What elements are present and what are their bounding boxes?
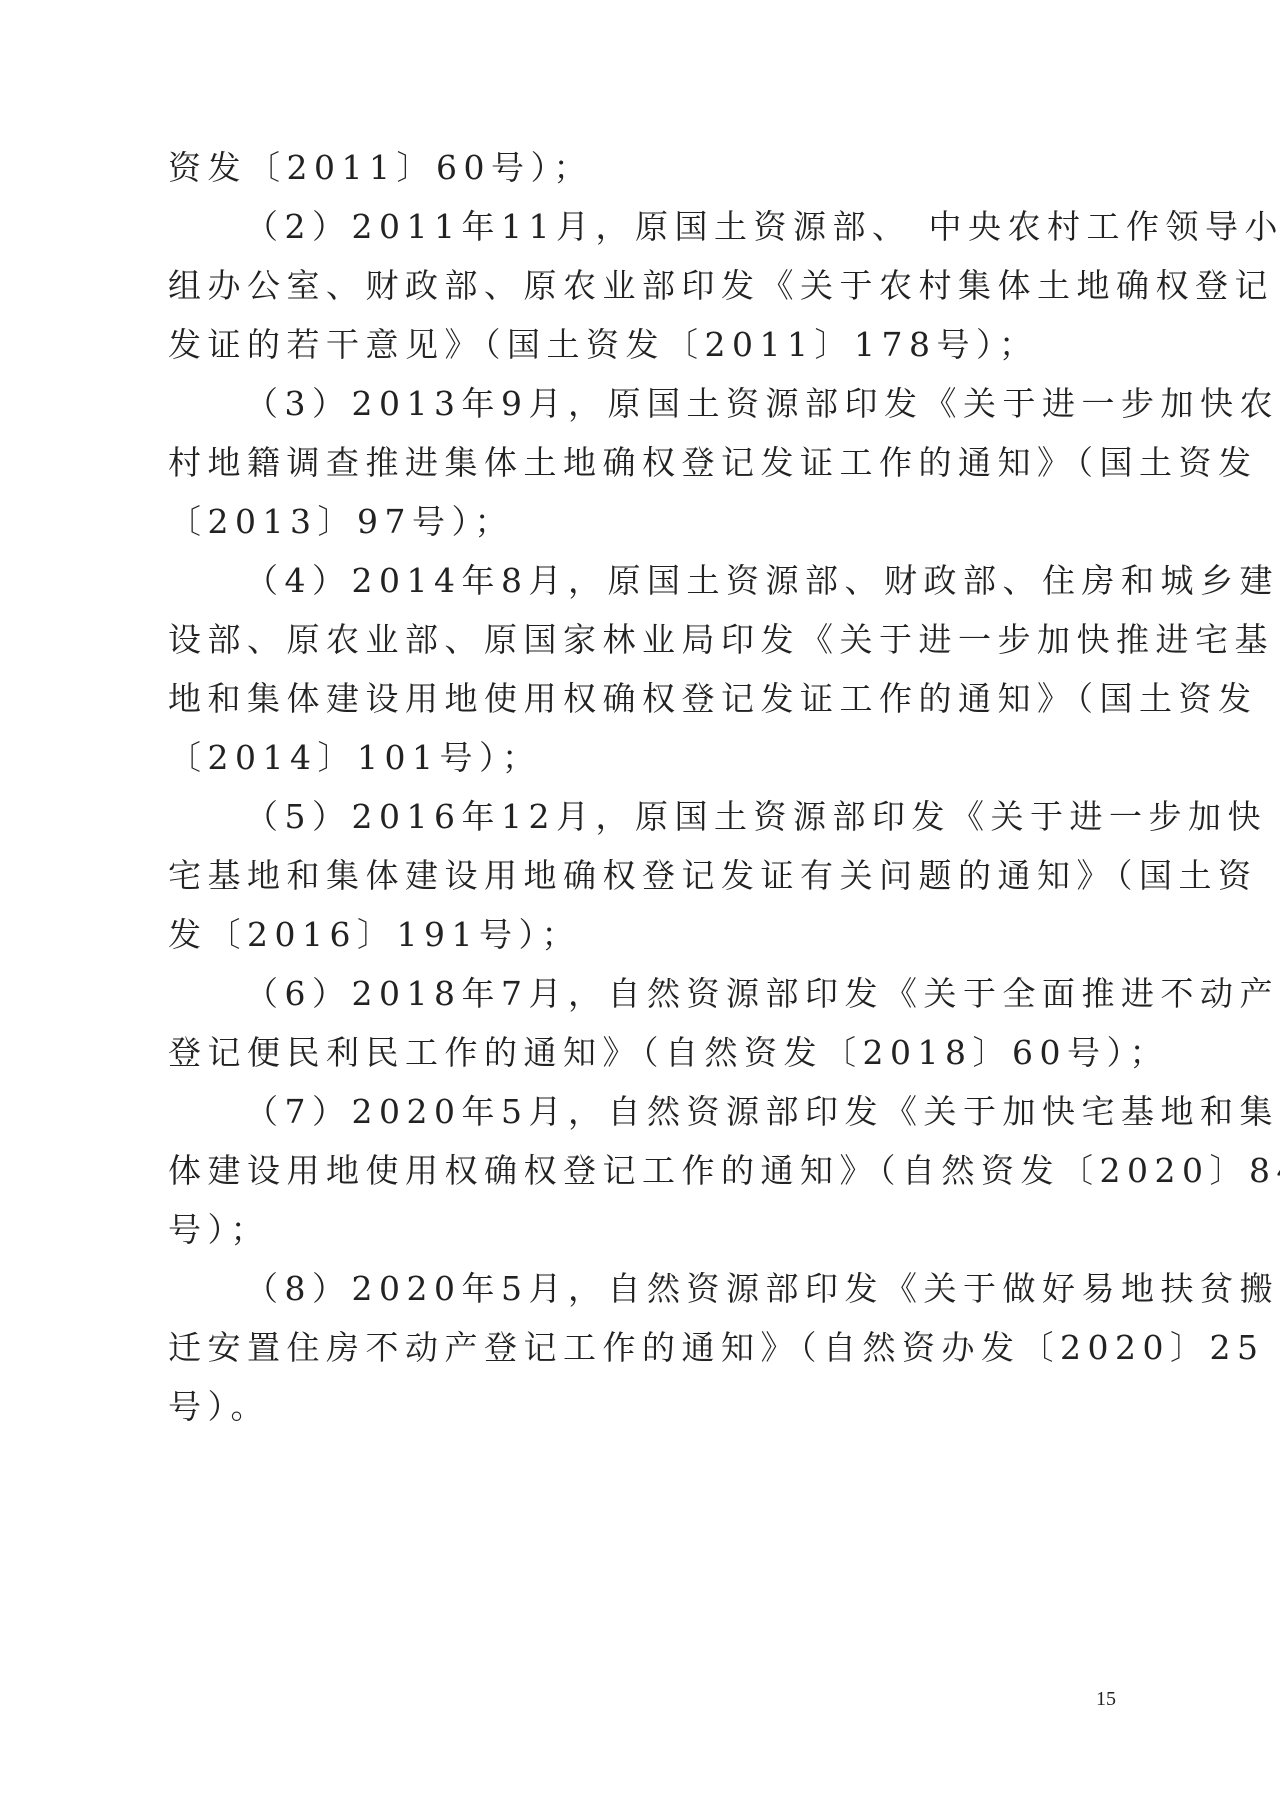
text-line: 宅基地和集体建设用地确权登记发证有关问题的通知》（国土资	[168, 856, 1258, 896]
text-line: 发证的若干意见》（国土资发〔2011〕178号）；	[168, 325, 1038, 365]
text-line: 〔2014〕101号）；	[168, 738, 541, 778]
text-line: 发〔2016〕191号）；	[168, 915, 581, 955]
list-item-3-line-1: （3）2013年9月，原国土资源部印发《关于进一步加快农	[245, 384, 1279, 424]
text-line: 设部、原农业部、原国家林业局印发《关于进一步加快推进宅基	[168, 620, 1274, 660]
text-line: 地和集体建设用地使用权确权登记发证工作的通知》（国土资发	[168, 679, 1258, 719]
text-line: 体建设用地使用权确权登记工作的通知》（自然资发〔2020〕84	[168, 1151, 1280, 1191]
text-line: 组办公室、财政部、原农业部印发《关于农村集体土地确权登记	[168, 266, 1274, 306]
text-line: 登记便民利民工作的通知》（自然资发〔2018〕60号）；	[168, 1033, 1169, 1073]
document-page: 资发〔2011〕60号）； （2）2011年11月，原国土资源部、 中央农村工作…	[0, 0, 1280, 1810]
list-item-6-line-1: （6）2018年7月，自然资源部印发《关于全面推进不动产	[245, 974, 1279, 1014]
list-item-7-line-1: （7）2020年5月，自然资源部印发《关于加快宅基地和集	[245, 1092, 1279, 1132]
text-line: 号）；	[168, 1210, 270, 1250]
list-item-8-line-1: （8）2020年5月，自然资源部印发《关于做好易地扶贫搬	[245, 1269, 1279, 1309]
list-item-4-line-1: （4）2014年8月，原国土资源部、财政部、住房和城乡建	[245, 561, 1279, 601]
list-item-2-line-1: （2）2011年11月，原国土资源部、 中央农村工作领导小	[245, 207, 1280, 247]
text-line: 资发〔2011〕60号）；	[168, 148, 593, 188]
text-line: 村地籍调查推进集体土地确权登记发证工作的通知》（国土资发	[168, 443, 1258, 483]
list-item-5-line-1: （5）2016年12月，原国土资源部印发《关于进一步加快	[245, 797, 1267, 837]
page-number: 15	[1096, 1688, 1116, 1711]
text-line: 迁安置住房不动产登记工作的通知》（自然资办发〔2020〕25	[168, 1328, 1264, 1368]
text-line: 号）。	[168, 1387, 270, 1427]
text-line: 〔2013〕97号）；	[168, 502, 514, 542]
